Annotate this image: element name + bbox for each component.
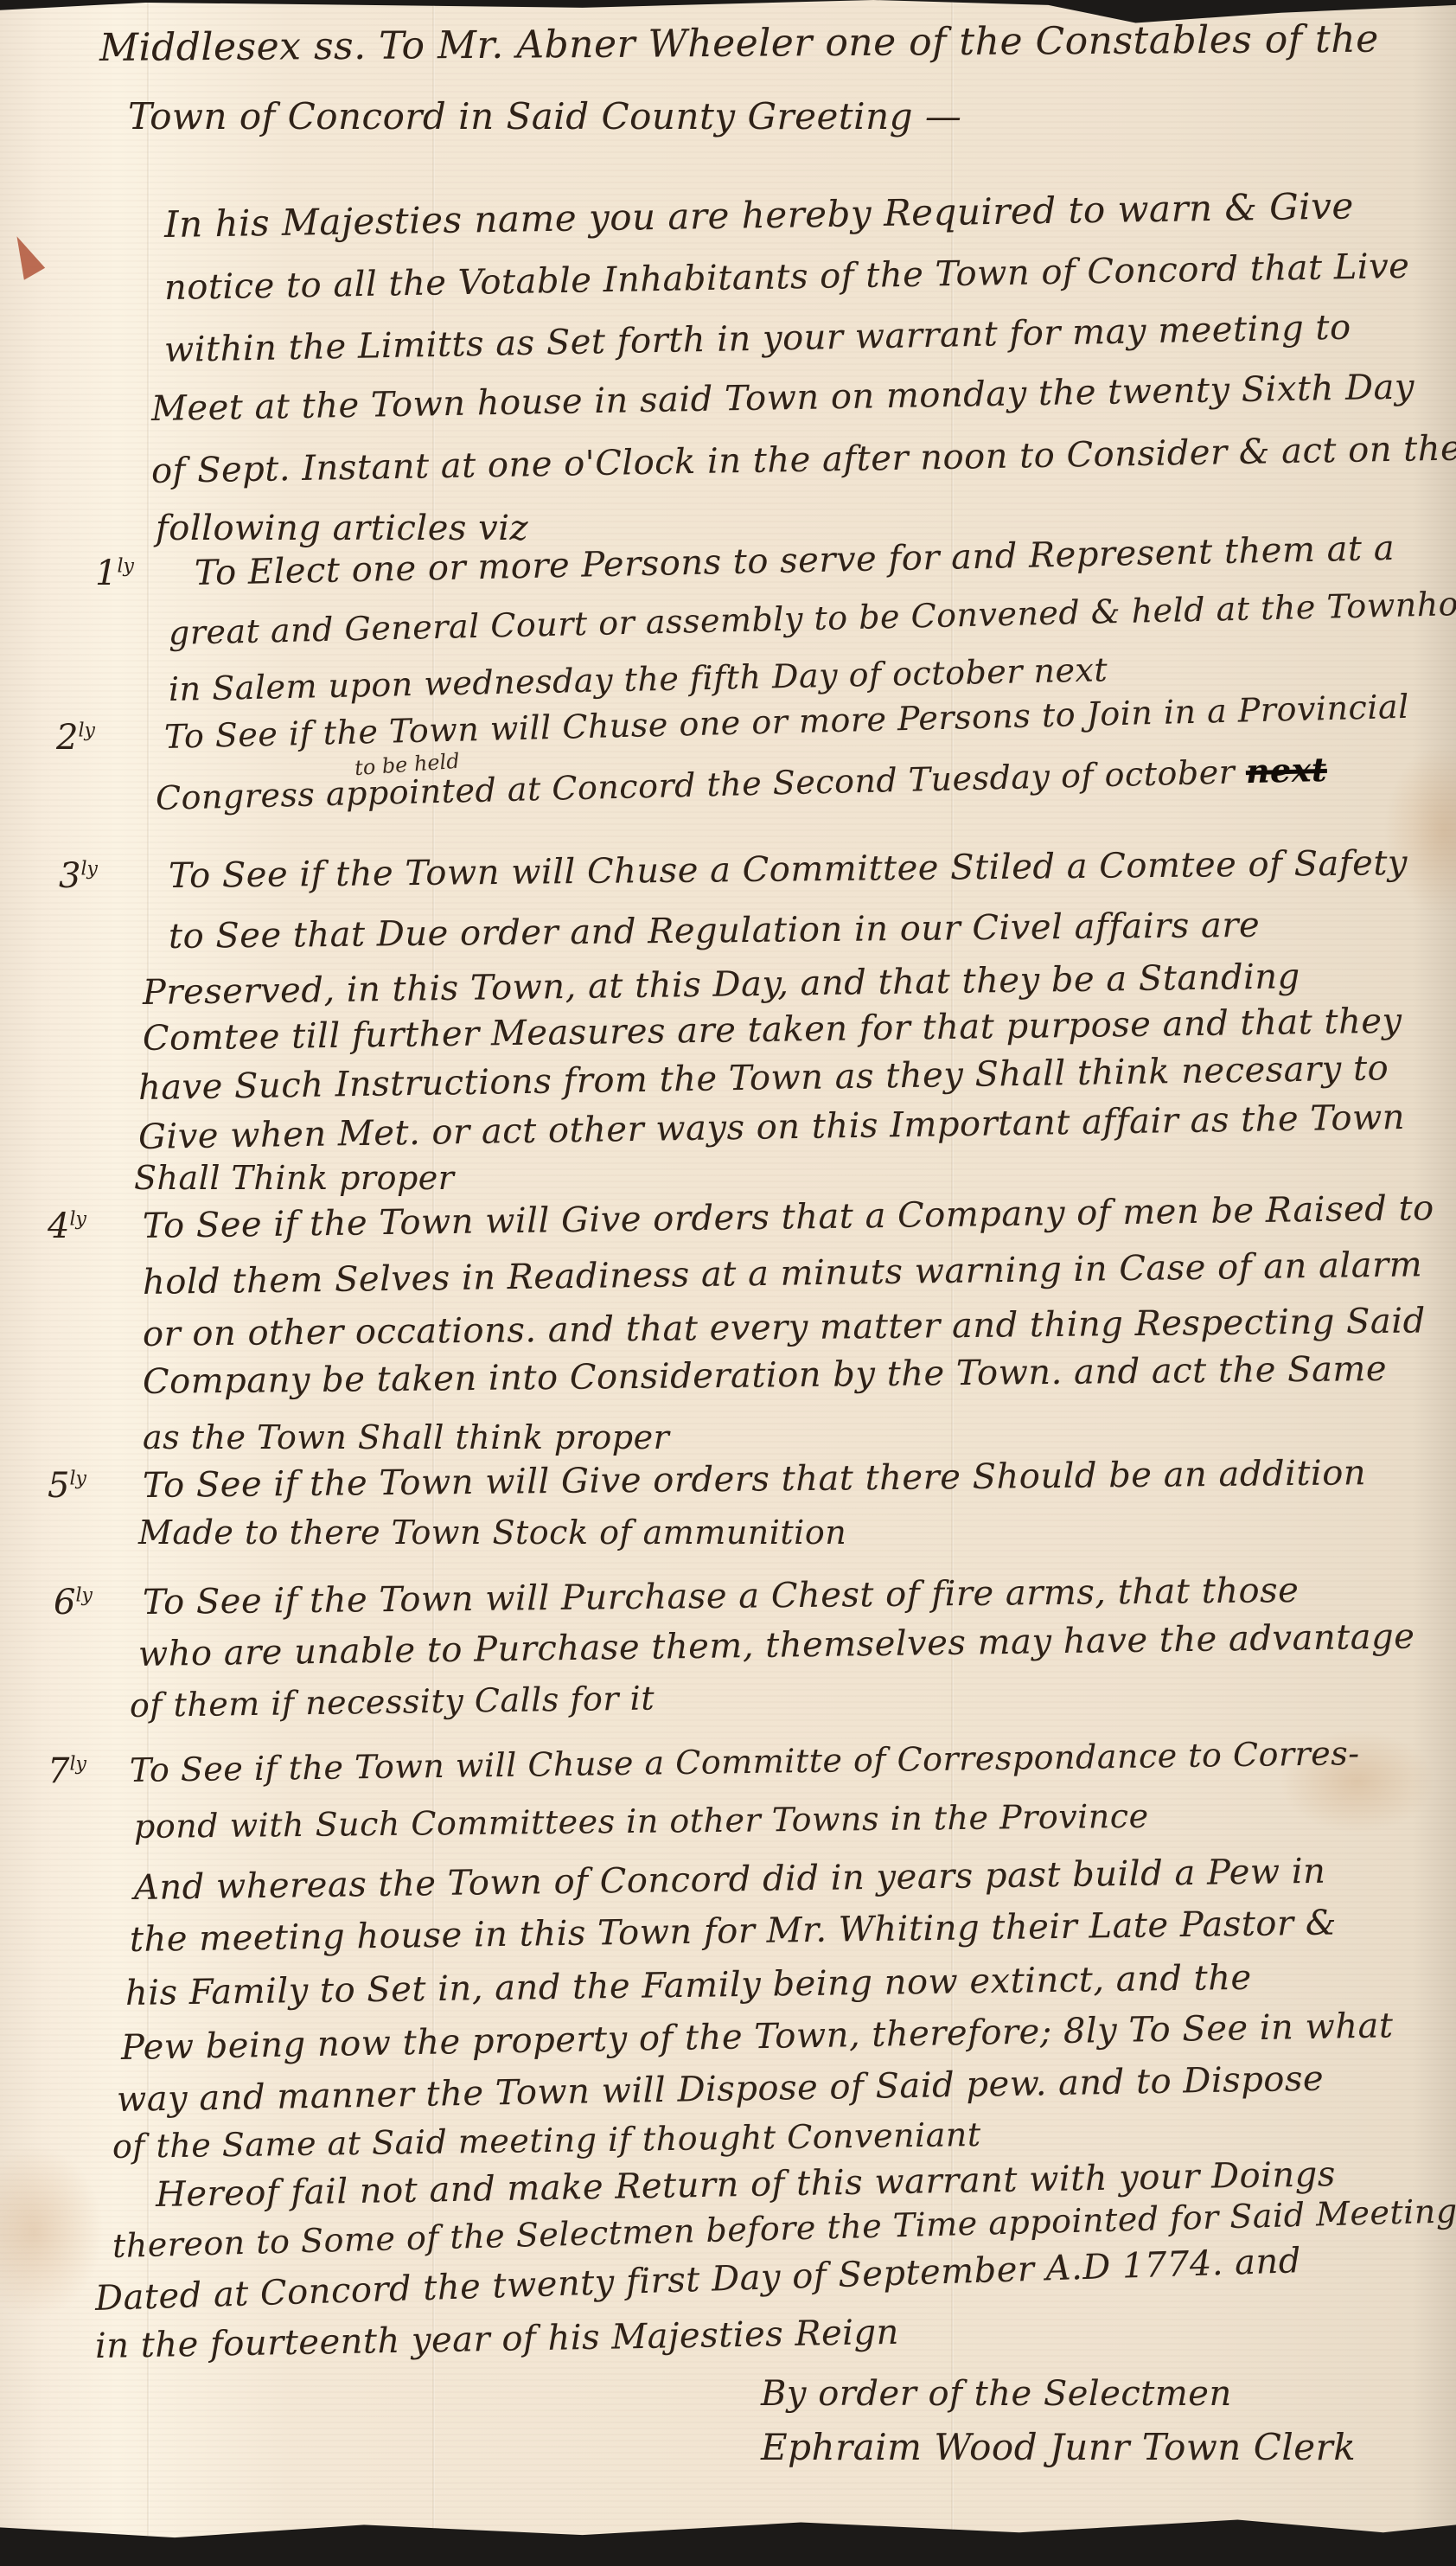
article-3-line: Give when Met. or act other ways on this… bbox=[138, 1097, 1406, 1157]
article-4-line: as the Town Shall think proper bbox=[143, 1418, 669, 1456]
preamble-line: notice to all the Votable Inhabitants of… bbox=[164, 246, 1410, 308]
article-4-line: To See if the Town will Give orders that… bbox=[143, 1188, 1434, 1246]
pew-article-line: his Family to Set in, and the Family bei… bbox=[125, 1958, 1252, 2013]
signature-name: Ephraim Wood Junr Town Clerk bbox=[761, 2426, 1356, 2468]
article-2-line: Congress appointed at Concord the Second… bbox=[155, 750, 1327, 817]
article-number: 1ly bbox=[95, 554, 134, 593]
article-number: 2ly bbox=[56, 718, 95, 758]
article-4-line: Company be taken into Consideration by t… bbox=[143, 1349, 1387, 1402]
article-number: 3ly bbox=[59, 856, 98, 896]
article-3-line: To See if the Town will Chuse a Committe… bbox=[169, 843, 1408, 896]
article-1-line: great and General Court or assembly to b… bbox=[169, 584, 1456, 652]
header-line-1: Middlesex ss. To Mr. Abner Wheeler one o… bbox=[99, 17, 1379, 70]
preamble-line: Meet at the Town house in said Town on m… bbox=[151, 368, 1415, 429]
pew-article-line: Pew being now the property of the Town, … bbox=[121, 2006, 1394, 2068]
header-line-2: Town of Concord in Said County Greeting … bbox=[128, 95, 961, 138]
article-7-line: To See if the Town will Chuse a Committe… bbox=[130, 1734, 1360, 1789]
article-4-line: or on other occations. and that every ma… bbox=[143, 1301, 1426, 1354]
manuscript-page: Middlesex ss. To Mr. Abner Wheeler one o… bbox=[0, 0, 1456, 2543]
article-number: 6ly bbox=[54, 1583, 93, 1622]
article-3-line: have Such Instructions from the Town as … bbox=[138, 1048, 1389, 1108]
closing-line: in the fourteenth year of his Majesties … bbox=[95, 2313, 900, 2366]
article-5-line: Made to there Town Stock of ammunition bbox=[138, 1513, 846, 1552]
preamble-line: In his Majesties name you are hereby Req… bbox=[164, 184, 1354, 246]
paper-stain bbox=[0, 2145, 104, 2318]
article-number: 4ly bbox=[48, 1206, 86, 1246]
article-6-line: of them if necessity Calls for it bbox=[130, 1680, 655, 1725]
pew-article-line: of the Same at Said meeting if thought C… bbox=[112, 2115, 981, 2166]
struck-word: next bbox=[1245, 750, 1327, 790]
preamble-line: following articles viz bbox=[156, 509, 528, 548]
pew-article-line: And whereas the Town of Concord did in y… bbox=[134, 1852, 1326, 1908]
article-3-line: to See that Due order and Regulation in … bbox=[169, 905, 1261, 957]
paper-stain bbox=[1383, 744, 1456, 917]
preamble-line: within the Limitts as Set forth in your … bbox=[164, 308, 1351, 370]
article-7-line: pond with Such Committees in other Towns… bbox=[134, 1797, 1149, 1846]
article-6-line: who are unable to Purchase them, themsel… bbox=[138, 1616, 1415, 1674]
preamble-line: of Sept. Instant at one o'Clock in the a… bbox=[151, 429, 1456, 491]
pew-article-line: the meeting house in this Town for Mr. W… bbox=[130, 1904, 1338, 1960]
article-number: 5ly bbox=[48, 1466, 86, 1506]
pew-article-line: way and manner the Town will Dispose of … bbox=[117, 2059, 1325, 2120]
article-6-line: To See if the Town will Purchase a Chest… bbox=[143, 1571, 1300, 1622]
article-5-line: To See if the Town will Give orders that… bbox=[143, 1453, 1367, 1506]
article-number: 7ly bbox=[48, 1751, 86, 1791]
red-seal-remnant bbox=[3, 232, 45, 280]
signature-authority: By order of the Selectmen bbox=[761, 2374, 1232, 2414]
article-4-line: hold them Selves in Readiness at a minut… bbox=[143, 1245, 1423, 1302]
article-3-line: Shall Think proper bbox=[134, 1159, 454, 1197]
